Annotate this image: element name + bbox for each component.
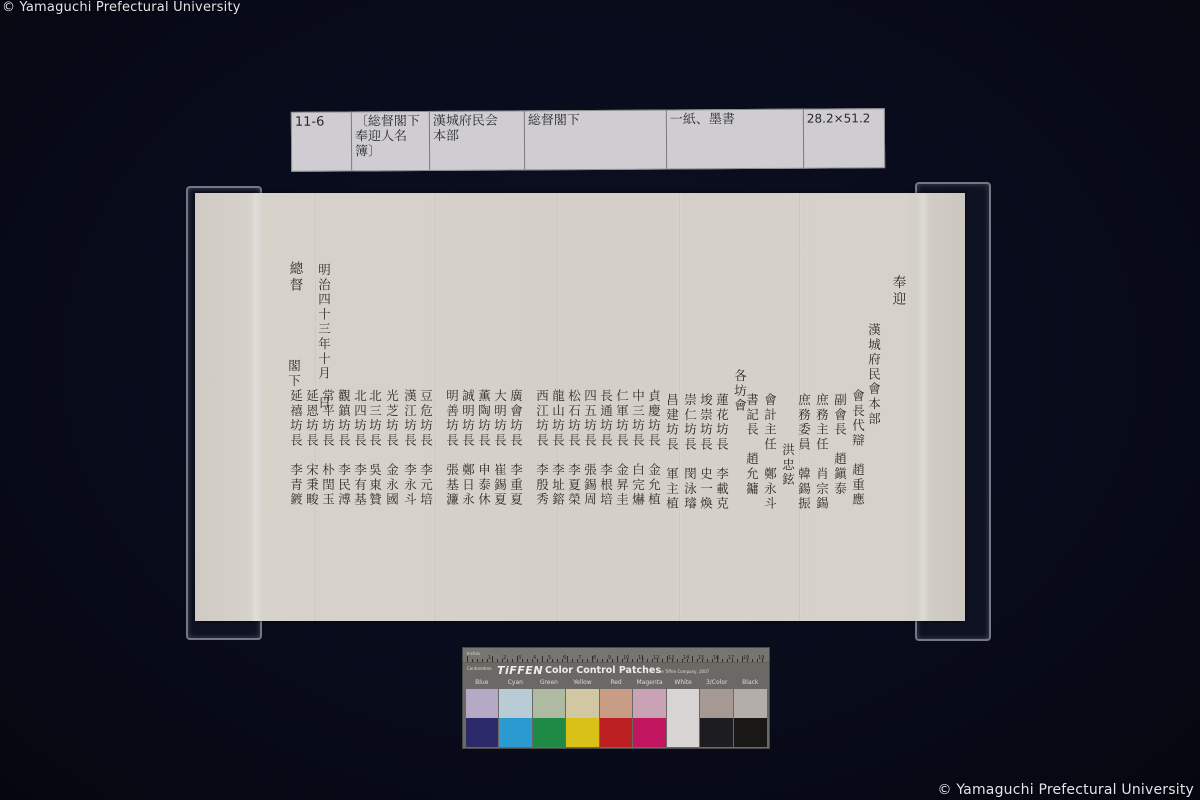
color-patch-yellow bbox=[566, 689, 599, 747]
manuscript-column: 會計主任 鄭永斗 bbox=[763, 393, 776, 511]
catalog-label: 11-6 〔総督閣下 奉迎人名 簿〕 漢城府民会 本部 総督閣下 一紙、墨書 2… bbox=[291, 108, 885, 172]
manuscript-column: 四五坊長 張錫周 bbox=[583, 389, 596, 507]
manuscript-column: 龍山坊長 李址鎔 bbox=[551, 389, 564, 507]
color-patch-red bbox=[600, 689, 633, 747]
manuscript-column: 廣會坊長 李重夏 bbox=[509, 389, 522, 507]
catalog-dimensions: 28.2×51.2 bbox=[804, 109, 884, 167]
manuscript-column: 奉迎 bbox=[890, 275, 904, 308]
manuscript-column: 副會長 趙鎭泰 bbox=[833, 393, 846, 497]
manuscript-column: 長通坊長 李根培 bbox=[599, 389, 612, 507]
manuscript-column: 總督 bbox=[287, 261, 301, 294]
catalog-author: 漢城府民会 本部 bbox=[430, 111, 525, 170]
manuscript-column: 貞慶坊長 金允植 bbox=[647, 389, 660, 507]
manuscript-column: 洪忠鉉 bbox=[781, 443, 794, 487]
catalog-title: 〔総督閣下 奉迎人名 簿〕 bbox=[352, 112, 430, 170]
manuscript-column: 豆危坊長 李元培 bbox=[419, 389, 432, 507]
ruler-units-label: Inches bbox=[467, 651, 480, 656]
manuscript-column: 觀鎮坊長 李民溥 bbox=[337, 389, 350, 507]
patch-label: Blue bbox=[465, 679, 499, 689]
manuscript-column: 蓮花坊長 李載克 bbox=[715, 393, 728, 511]
manuscript-column: 庶務委員 韓鍚振 bbox=[797, 393, 810, 511]
color-patch-blue bbox=[466, 689, 499, 747]
chart-copyright: © The Tiffen Company, 2007 bbox=[651, 669, 709, 674]
ruler-cm-label: Centimetres bbox=[467, 666, 492, 671]
manuscript-column: 北四坊長 李有基 bbox=[353, 389, 366, 507]
manuscript-column: 中三坊長 白完爀 bbox=[631, 389, 644, 507]
copyright-watermark-bottom: © Yamaguchi Prefectural University bbox=[938, 782, 1195, 798]
patch-label: Magenta bbox=[633, 679, 667, 689]
manuscript-column: 漢江坊長 李永斗 bbox=[403, 389, 416, 507]
manuscript-column: 埈崇坊長 史一煥 bbox=[699, 393, 712, 511]
manuscript-column: 庶務主任 肖宗鍚 bbox=[815, 393, 828, 511]
manuscript-column: 崇仁坊長 閔泳璿 bbox=[683, 393, 696, 511]
manuscript-column: 松石坊長 李夏榮 bbox=[567, 389, 580, 507]
manuscript-column: 誠明坊長 鄭日永 bbox=[461, 389, 474, 507]
manuscript-column: 明善坊長 張基濂 bbox=[445, 389, 458, 507]
manuscript-column: 大明坊長 崔錫夏 bbox=[493, 389, 506, 507]
manuscript-column: 薫陶坊長 申泰休 bbox=[477, 389, 490, 507]
manuscript-column: 光芝坊長 金永國 bbox=[385, 389, 398, 507]
catalog-recipient: 総督閣下 bbox=[525, 111, 667, 170]
manuscript-column: 閣下 bbox=[287, 359, 300, 389]
chart-title: Color Control Patches bbox=[545, 665, 661, 676]
ruler: Inches 12345678910111213141516171819 bbox=[463, 648, 769, 663]
manuscript-column: 會長代辯 趙重應 bbox=[851, 389, 864, 507]
color-control-chart: Inches 12345678910111213141516171819 Cen… bbox=[462, 647, 770, 749]
manuscript-column: 明治四十三年十月 日 bbox=[317, 263, 330, 411]
manuscript-column: 漢城府民會本部 bbox=[867, 323, 880, 427]
manuscript-column: 延恩坊長 宋秉畯 bbox=[305, 389, 318, 507]
patch-label: Green bbox=[532, 679, 566, 689]
manuscript-column: 西江坊長 李殷秀 bbox=[535, 389, 548, 507]
patch-label: Cyan bbox=[499, 679, 533, 689]
copyright-watermark-top: © Yamaguchi Prefectural University bbox=[2, 0, 241, 15]
patch-label: Yellow bbox=[566, 679, 600, 689]
catalog-number: 11-6 bbox=[292, 112, 352, 170]
color-patch-white bbox=[667, 689, 700, 747]
tiffen-logo: TiFFEN bbox=[497, 664, 543, 677]
color-patch-3-color bbox=[700, 689, 733, 747]
catalog-format: 一紙、墨書 bbox=[667, 110, 804, 169]
color-patch-green bbox=[533, 689, 566, 747]
manuscript-column: 延禧坊長 李青鍍 bbox=[289, 389, 302, 507]
color-patch-cyan bbox=[499, 689, 532, 747]
manuscript-column: 北三坊長 吳東贊 bbox=[368, 389, 381, 507]
manuscript-column: 仁軍坊長 金昇圭 bbox=[615, 389, 628, 507]
color-patch-black bbox=[734, 689, 767, 747]
patch-label: Red bbox=[599, 679, 633, 689]
color-patch-magenta bbox=[633, 689, 666, 747]
patch-label: White bbox=[666, 679, 700, 689]
manuscript-column: 昌建坊長 軍主植 bbox=[665, 393, 678, 511]
patch-label: 3/Color bbox=[700, 679, 734, 689]
manuscript-column: 各坊會 bbox=[733, 369, 746, 413]
manuscript-document: 奉迎漢城府民會本部會長代辯 趙重應副會長 趙鎭泰庶務主任 肖宗鍚庶務委員 韓鍚振… bbox=[195, 193, 965, 621]
patch-label: Black bbox=[734, 679, 768, 689]
